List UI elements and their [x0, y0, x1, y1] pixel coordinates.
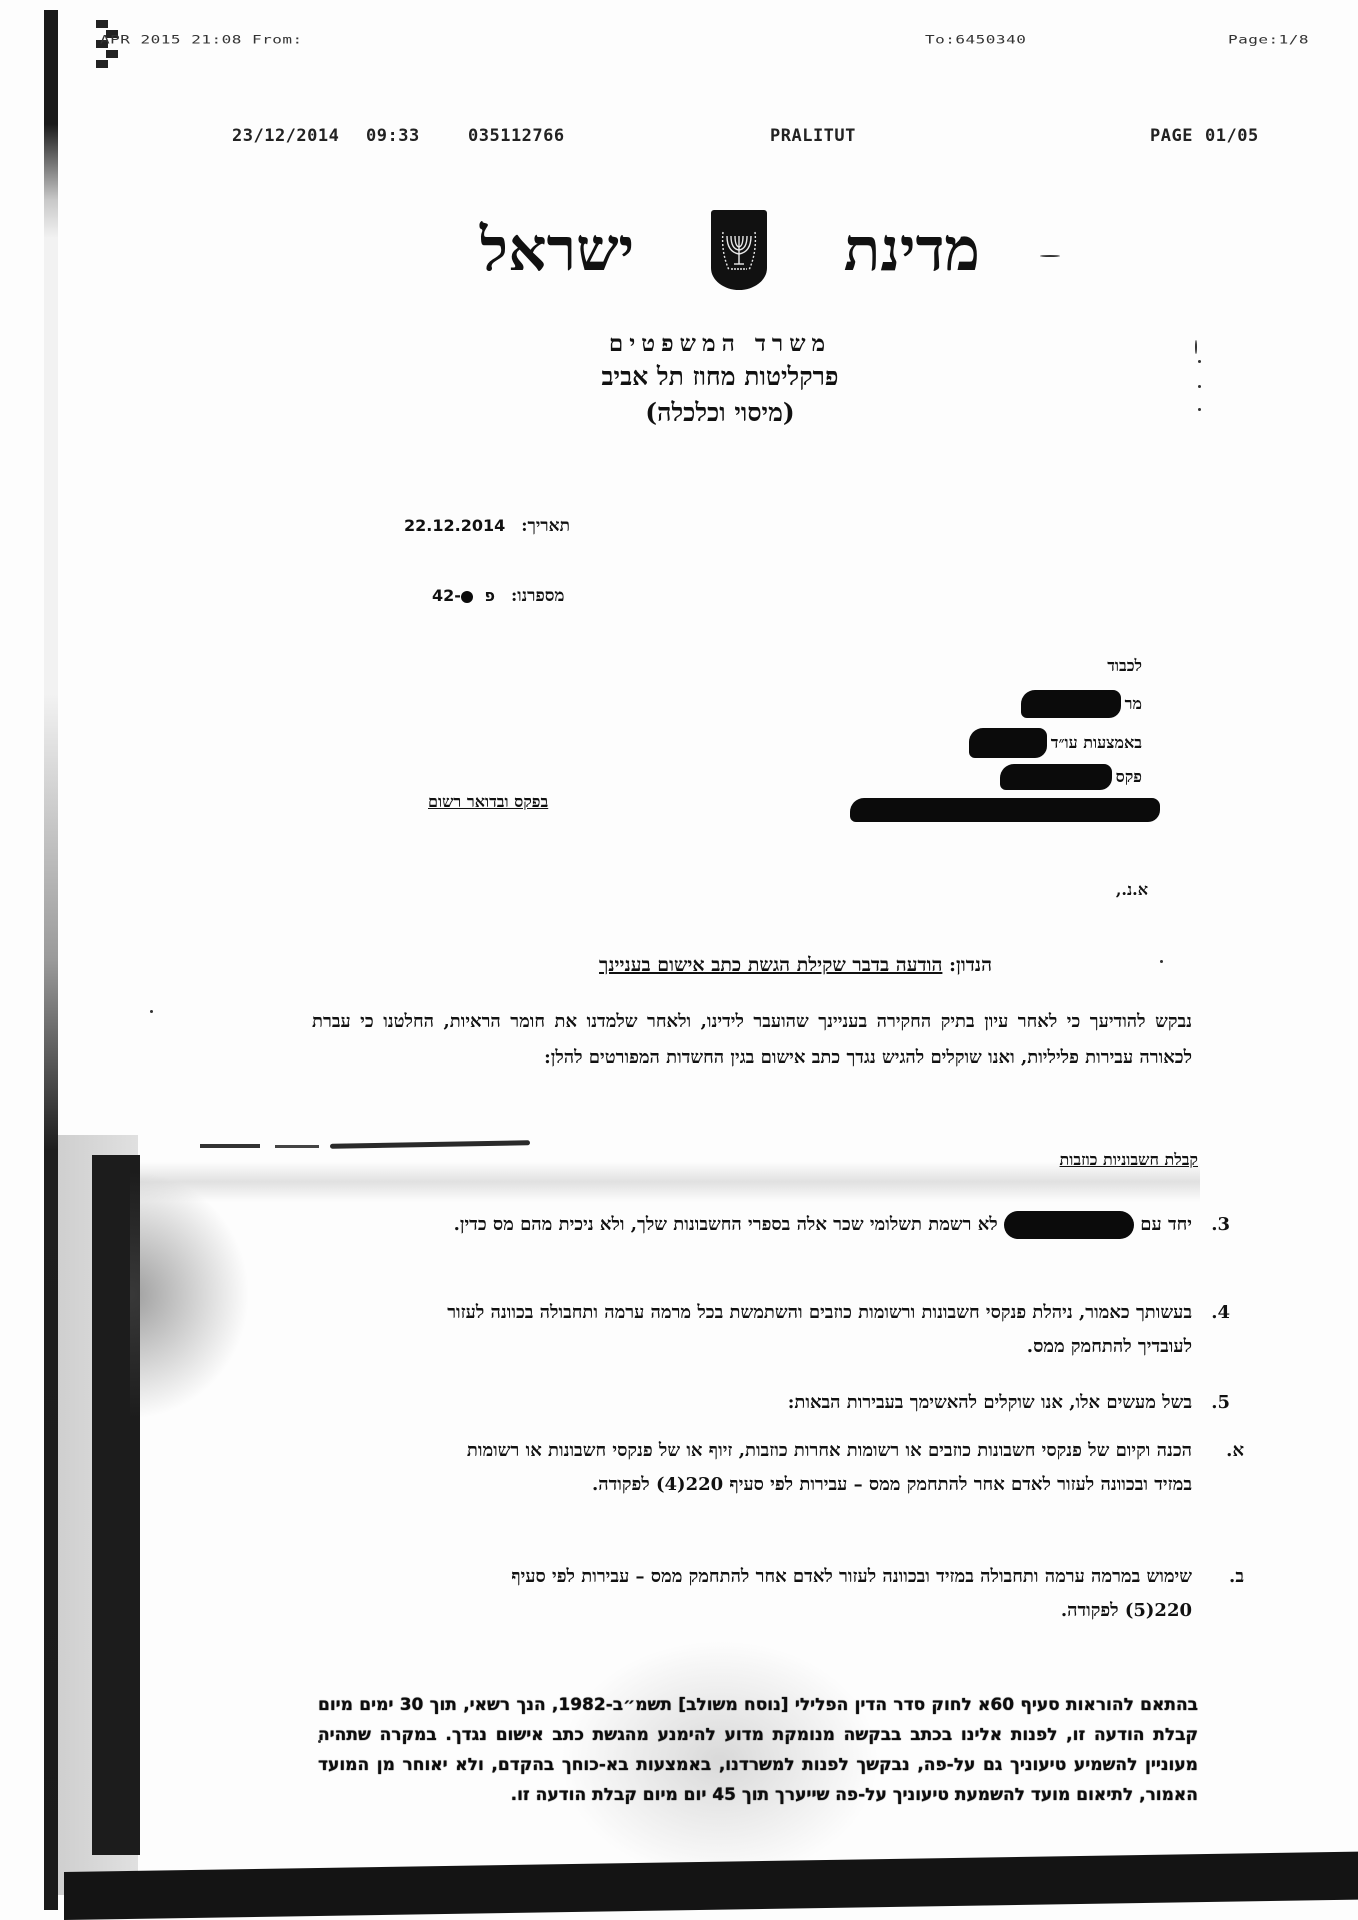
israel-word: ישראל — [480, 215, 634, 285]
strikethrough-mark — [200, 1144, 260, 1148]
list-item-4: 4. בעשותך כאמור, ניהלת פנקסי חשבונות ורש… — [402, 1296, 1192, 1364]
scan-speck — [1198, 385, 1201, 388]
scan-bottom-edge — [64, 1852, 1358, 1920]
item-number: 5. — [1211, 1386, 1230, 1420]
ministry-name: משרד המשפטים — [560, 330, 880, 357]
office-name: פרקליטות מחוז תל אביב — [560, 362, 880, 392]
scan-speck — [318, 1740, 321, 1743]
recipient-fax-row: פקס — [1000, 764, 1142, 790]
redaction-company — [1004, 1211, 1134, 1239]
sub-item-b: ב. שימוש במרמה ערמה ותחבולה במזיד ובכוונ… — [452, 1560, 1192, 1628]
letter-date: 22.12.2014 — [404, 516, 505, 535]
emblem-of-israel-icon — [711, 210, 767, 290]
date-label: תאריך: — [521, 516, 570, 536]
subject-line: הנדון: הודעה בדבר שקילת הגשת כתב אישום ב… — [599, 954, 992, 977]
redaction-name — [1021, 690, 1121, 718]
scan-speck — [150, 1010, 153, 1013]
fax-time: 09:33 — [366, 126, 420, 146]
reference-value: 42- פ — [432, 586, 495, 605]
rights-notice-paragraph: בהתאם להוראות סעיף 60א לחוק סדר הדין הפל… — [318, 1690, 1198, 1810]
scan-speck — [1040, 255, 1060, 257]
strikethrough-mark — [330, 1140, 530, 1148]
item-number: 4. — [1211, 1296, 1230, 1330]
fax-header-page: Page:1/8 — [1228, 33, 1309, 46]
redaction-attorney — [969, 728, 1047, 758]
redaction-fax — [1000, 764, 1112, 790]
intro-paragraph: נבקש להודיעך כי לאחר עיון בתיק החקירה בע… — [312, 1004, 1192, 1076]
scan-speck — [1160, 960, 1163, 963]
scan-fold-band — [140, 1162, 1200, 1202]
scan-speck — [1195, 340, 1197, 354]
sub-item-letter: ב. — [1229, 1560, 1244, 1594]
scan-speck — [1198, 408, 1201, 411]
strikethrough-mark — [275, 1145, 319, 1148]
recipient-attorney-row: באמצעות עו״ד — [969, 728, 1142, 758]
scanned-letter-page: APR 2015 21:08 From: To:6450340 Page:1/8… — [0, 0, 1358, 1920]
fax-page-value: 01/05 — [1205, 126, 1259, 146]
fax-header-from: APR 2015 21:08 From: — [100, 33, 303, 46]
section-heading: קבלת חשבוניות כוזבות — [1060, 1150, 1198, 1170]
letterhead-title: מדינת ישראל — [480, 205, 980, 295]
state-word: מדינת — [844, 215, 980, 285]
scan-edge-shadow — [44, 10, 58, 1910]
list-item-3: 3. יחד עם לא רשמת תשלומי שכר אלה בספרי ה… — [402, 1208, 1192, 1242]
redaction-mark — [461, 591, 473, 603]
delivery-method: בפקס ובדואר רשום — [428, 792, 548, 812]
item-number: 3. — [1211, 1208, 1230, 1242]
salutation: א.נ., — [1116, 880, 1148, 900]
recipient-name-row: מר — [1021, 690, 1142, 718]
recipient-to-label: לכבוד — [1107, 656, 1142, 676]
fax-sender: PRALITUT — [770, 126, 856, 146]
fax-number: 035112766 — [468, 126, 565, 146]
date-row: 22.12.2014 תאריך: — [404, 516, 570, 536]
list-item-5: 5. בשל מעשים אלו, אנו שוקלים להאשימך בעב… — [402, 1386, 1192, 1420]
fax-date: 23/12/2014 — [232, 126, 339, 146]
reference-label: מספרנו: — [511, 586, 565, 606]
scan-shadow — [130, 1170, 250, 1420]
fax-page-label: PAGE — [1150, 126, 1193, 146]
subject-text: הודעה בדבר שקילת הגשת כתב אישום בעניינך — [599, 954, 942, 976]
fax-header-to: To:6450340 — [925, 33, 1026, 46]
sub-item-letter: א. — [1226, 1434, 1244, 1468]
sub-item-a: א. הכנה וקיום של פנקסי חשבונות כוזבים או… — [452, 1434, 1192, 1502]
reference-row: 42- פ מספרנו: — [432, 586, 565, 606]
scan-speck — [1198, 360, 1201, 363]
redaction-address — [850, 798, 1160, 822]
department-name: (מיסוי וכלכלה) — [560, 398, 880, 428]
subject-label: הנדון: — [949, 954, 992, 976]
